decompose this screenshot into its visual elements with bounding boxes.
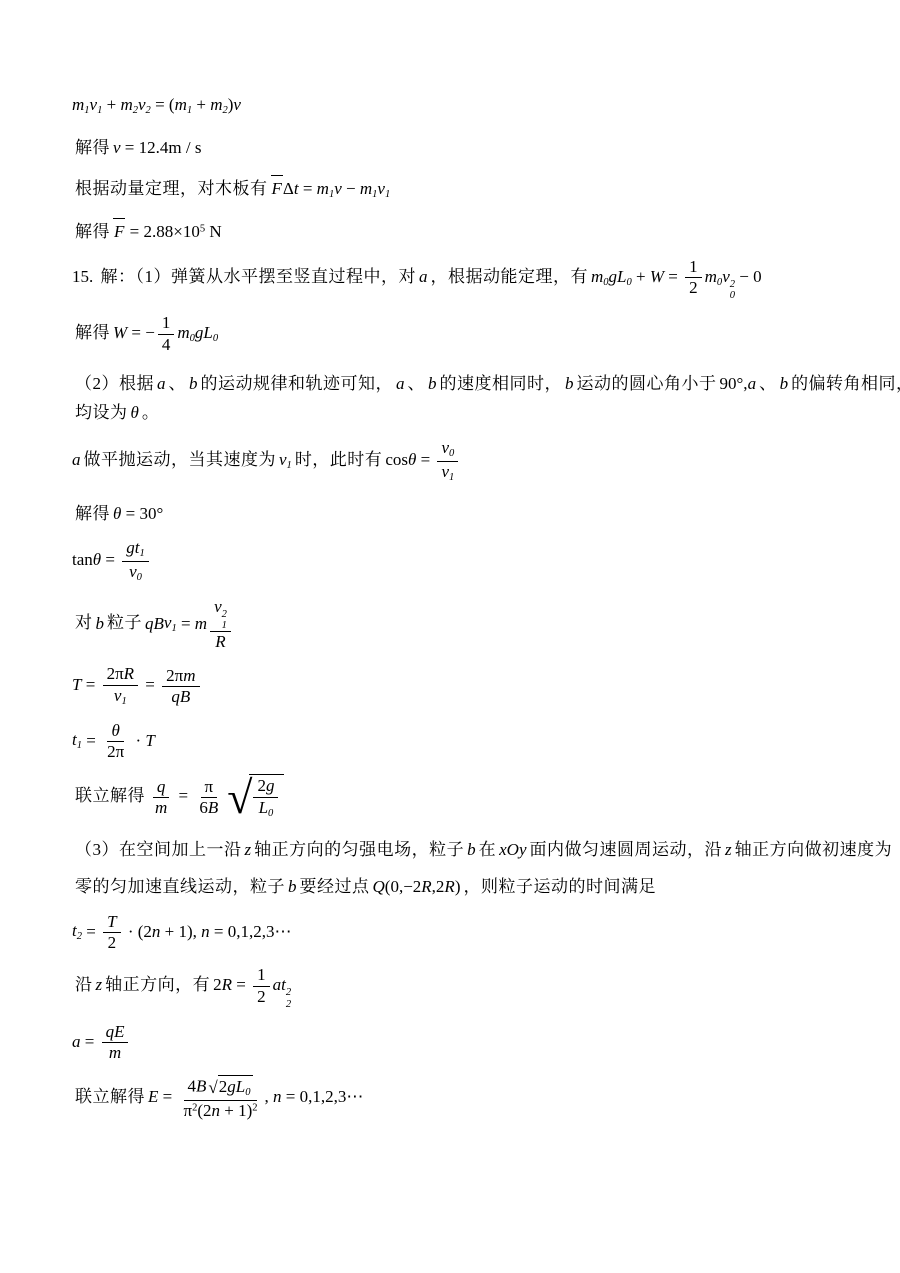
document-content: m1v1 + m2v2 = (m1 + m2)v解得v = 12.4m / s根… bbox=[72, 92, 860, 1122]
chinese-text: 轴正方向做初速度为 bbox=[735, 840, 893, 859]
fraction: qm bbox=[151, 777, 171, 819]
math-text: ,2 bbox=[432, 877, 445, 896]
solve-work: 解得W = −14m0gL0 bbox=[72, 313, 860, 355]
math-text: a bbox=[157, 374, 166, 393]
math-text: n bbox=[201, 921, 210, 940]
math-text: b bbox=[288, 877, 297, 896]
math-text: v2 bbox=[138, 95, 151, 114]
math-text: = bbox=[101, 550, 119, 569]
math-text: v20 bbox=[722, 267, 735, 286]
chinese-text: 解：（1）弹簧从水平摆至竖直过程中，对 bbox=[101, 267, 417, 286]
math-text: v21 bbox=[214, 597, 227, 616]
math-text: T bbox=[107, 912, 116, 931]
chinese-text: 运动的圆心角小于 bbox=[577, 374, 717, 393]
math-text: t22 bbox=[281, 975, 291, 994]
math-text: q bbox=[145, 613, 154, 632]
math-text: 90°, bbox=[720, 374, 748, 393]
math-text: v bbox=[113, 138, 121, 157]
chinese-text: 做平抛运动，当其速度为 bbox=[84, 450, 277, 469]
math-text: b bbox=[780, 374, 789, 393]
math-text: θ bbox=[111, 721, 119, 740]
math-text: z bbox=[96, 975, 103, 994]
math-text: 2 bbox=[257, 776, 266, 795]
math-text: xOy bbox=[499, 840, 526, 859]
math-text: 6 bbox=[199, 798, 208, 817]
math-text: q bbox=[157, 777, 166, 796]
projectile-cos-equation: a做平抛运动，当其速度为v1时，此时有cosθ = v0v1 bbox=[72, 438, 860, 485]
math-text: L0 bbox=[203, 323, 218, 342]
math-text: 4 bbox=[188, 1077, 197, 1096]
math-text: B bbox=[196, 1077, 206, 1096]
math-text: = ( bbox=[151, 95, 175, 114]
fraction: 2πRv1 bbox=[103, 664, 138, 708]
math-text: T bbox=[145, 730, 154, 749]
math-text: b bbox=[565, 374, 574, 393]
fraction: v21R bbox=[210, 597, 231, 653]
math-text: m2 bbox=[210, 95, 228, 114]
q15-part3-setup: （3）在空间加上一沿z轴正方向的匀强电场，粒子b在xOy面内做匀速圆周运动，沿z… bbox=[72, 837, 860, 863]
q15-part2-analysis: （2）根据a、b的运动规律和轨迹可知，a、b的速度相同时，b运动的圆心角小于90… bbox=[72, 371, 860, 397]
chinese-text: （3）在空间加上一沿 bbox=[75, 840, 242, 859]
math-text: R bbox=[215, 632, 225, 651]
chinese-text: 均设为 bbox=[75, 403, 128, 422]
math-text: g bbox=[126, 538, 135, 557]
math-text: = bbox=[299, 179, 317, 198]
math-text: B bbox=[208, 798, 218, 817]
math-text: Δ bbox=[283, 179, 294, 198]
math-text: z bbox=[245, 840, 252, 859]
math-text: m1 bbox=[317, 179, 335, 198]
chinese-text: 联立解得 bbox=[75, 786, 145, 805]
fraction: v0v1 bbox=[437, 438, 458, 485]
math-text: , bbox=[265, 1087, 274, 1106]
math-text: v1 bbox=[90, 95, 103, 114]
math-text: q bbox=[171, 687, 180, 706]
math-text: θ bbox=[131, 403, 139, 422]
chinese-text: （2）根据 bbox=[75, 374, 154, 393]
math-text: = bbox=[416, 450, 434, 469]
chinese-text: 的运动规律和轨迹可知， bbox=[201, 374, 394, 393]
math-text: − 0 bbox=[735, 267, 762, 286]
math-text: W bbox=[650, 267, 664, 286]
fraction: 12 bbox=[685, 257, 702, 299]
math-text: 4 bbox=[162, 335, 171, 354]
math-text: v1 bbox=[279, 450, 292, 469]
math-text: F bbox=[271, 179, 283, 198]
math-text: m0 bbox=[591, 267, 609, 286]
math-text: t2 bbox=[72, 921, 82, 940]
math-text: L0 bbox=[617, 267, 632, 286]
math-text: a bbox=[419, 267, 428, 286]
chinese-text: ，则粒子运动的时间满足 bbox=[463, 877, 656, 896]
math-text: b bbox=[467, 840, 476, 859]
math-text: m2 bbox=[120, 95, 138, 114]
solve-average-force: 解得F = 2.88×105 N bbox=[72, 219, 860, 245]
math-text: 2π bbox=[166, 666, 183, 685]
math-text: b bbox=[96, 613, 105, 632]
fraction: qEm bbox=[102, 1022, 129, 1064]
math-text: L0 bbox=[236, 1077, 251, 1096]
math-text: v1 bbox=[441, 462, 454, 481]
math-text: = 12.4m / s bbox=[121, 138, 202, 157]
math-text: R bbox=[124, 664, 134, 683]
math-text: (2 bbox=[197, 1101, 211, 1120]
time-t2-equation: t2 = T2 · (2n + 1), n = 0,1,2,3⋯ bbox=[72, 912, 860, 954]
math-text: = 30° bbox=[121, 504, 163, 523]
math-text: R bbox=[444, 877, 454, 896]
q15-part1-work-energy: 15. 解：（1）弹簧从水平摆至竖直过程中，对a，根据动能定理，有m0gL0 +… bbox=[72, 257, 860, 301]
math-text: m0 bbox=[177, 323, 195, 342]
math-text: g bbox=[609, 267, 618, 286]
math-text: 2 bbox=[219, 1077, 228, 1096]
math-text: = 0,1,2,3⋯ bbox=[282, 1087, 364, 1106]
fraction: gt1v0 bbox=[122, 538, 149, 585]
math-text: = bbox=[82, 921, 100, 940]
math-text: + 1), bbox=[160, 921, 201, 940]
math-text: L0 bbox=[259, 798, 274, 817]
math-text: = bbox=[177, 613, 195, 632]
math-text: 1 bbox=[162, 313, 171, 332]
math-text: ) bbox=[455, 877, 461, 896]
math-text: E bbox=[114, 1022, 124, 1041]
math-text: = 0,1,2,3⋯ bbox=[210, 921, 292, 940]
math-text: = 2.88×105 bbox=[125, 222, 205, 241]
math-text: m1 bbox=[360, 179, 378, 198]
math-text: g bbox=[266, 776, 275, 795]
math-text: b bbox=[428, 374, 437, 393]
math-text: a bbox=[72, 1031, 81, 1050]
math-text: = bbox=[664, 267, 682, 286]
math-text: z bbox=[725, 840, 732, 859]
fraction: 14 bbox=[158, 313, 175, 355]
tan-theta-equation: tanθ = gt1v0 bbox=[72, 538, 860, 585]
fraction: 12 bbox=[253, 965, 270, 1007]
math-text: v1 bbox=[377, 179, 390, 198]
chinese-text: 粒子 bbox=[107, 613, 142, 632]
chinese-text: ，根据动能定理，有 bbox=[431, 267, 589, 286]
chinese-text: 解得 bbox=[75, 222, 110, 241]
chinese-text: 的偏转角相同， bbox=[791, 374, 900, 393]
math-text: m1 bbox=[175, 95, 193, 114]
math-text: tan bbox=[72, 550, 93, 569]
acceleration-equation: a = qEm bbox=[72, 1022, 860, 1064]
math-text: = bbox=[158, 1087, 176, 1106]
square-root: √2gL0 bbox=[227, 774, 284, 820]
math-text: F bbox=[113, 222, 125, 241]
math-text: π bbox=[205, 777, 214, 796]
chinese-text: 解得 bbox=[75, 138, 110, 157]
fraction: 4B√2gL0π2(2n + 1)2 bbox=[179, 1075, 261, 1121]
math-text: + 1)2 bbox=[220, 1101, 258, 1120]
math-text: 2π bbox=[107, 664, 124, 683]
math-text: + bbox=[192, 95, 210, 114]
solve-charge-mass-ratio: 联立解得qm = π6B√2gL0 bbox=[72, 774, 860, 820]
math-text: θ bbox=[93, 550, 101, 569]
math-text: (0,−2 bbox=[385, 877, 422, 896]
math-text: v1 bbox=[114, 686, 127, 705]
z-axis-displacement-equation: 沿z轴正方向，有2R = 12at22 bbox=[72, 965, 860, 1009]
part3-setup-cont: 零的匀加速直线运动，粒子b要经过点Q(0,−2R,2R)，则粒子运动的时间满足 bbox=[72, 874, 860, 900]
math-text: π2 bbox=[183, 1101, 197, 1120]
math-text: = bbox=[81, 675, 99, 694]
math-text: 1 bbox=[689, 257, 698, 276]
math-text: + bbox=[632, 267, 650, 286]
math-text: = bbox=[141, 675, 159, 694]
chinese-text: 对 bbox=[75, 613, 93, 632]
chinese-text: 、 bbox=[408, 374, 426, 393]
math-text: 2 bbox=[108, 933, 117, 952]
chinese-text: 根据动量定理，对木板有 bbox=[75, 179, 268, 198]
chinese-text: 解得 bbox=[75, 504, 110, 523]
chinese-text: 在 bbox=[479, 840, 497, 859]
math-text: m0 bbox=[705, 267, 723, 286]
chinese-text: 、 bbox=[759, 374, 777, 393]
math-text: 2 bbox=[689, 278, 698, 297]
math-text: = bbox=[232, 975, 250, 994]
math-text: · bbox=[131, 730, 145, 749]
chinese-text: 、 bbox=[169, 374, 187, 393]
document-page: m1v1 + m2v2 = (m1 + m2)v解得v = 12.4m / s根… bbox=[0, 0, 900, 1273]
math-text: m bbox=[155, 798, 167, 817]
solve-velocity: 解得v = 12.4m / s bbox=[72, 135, 860, 161]
time-t1-equation: t1 = θ2π · T bbox=[72, 721, 860, 763]
chinese-text: 的速度相同时， bbox=[440, 374, 563, 393]
fraction: 2πmqB bbox=[162, 666, 199, 708]
math-text: Q bbox=[373, 877, 385, 896]
math-text: a bbox=[748, 374, 757, 393]
math-text: v0 bbox=[129, 562, 142, 581]
math-text: B bbox=[180, 687, 190, 706]
chinese-text: 零的匀加速直线运动，粒子 bbox=[75, 877, 285, 896]
chinese-text: 。 bbox=[142, 403, 160, 422]
math-text: 2 bbox=[257, 987, 266, 1006]
part2-analysis-cont: 均设为θ。 bbox=[72, 400, 860, 426]
math-text: v1 bbox=[164, 613, 177, 632]
math-text: = bbox=[81, 1031, 99, 1050]
math-text: b bbox=[189, 374, 198, 393]
math-text: t1 bbox=[72, 730, 82, 749]
radical-symbol: √ bbox=[208, 1079, 217, 1096]
chinese-text: 时，此时有 bbox=[295, 450, 383, 469]
chinese-text: 要经过点 bbox=[300, 877, 370, 896]
fraction: θ2π bbox=[103, 721, 128, 763]
chinese-text: 轴正方向的匀强电场，粒子 bbox=[254, 840, 464, 859]
fraction: T2 bbox=[103, 912, 120, 954]
solve-electric-field: 联立解得E = 4B√2gL0π2(2n + 1)2, n = 0,1,2,3⋯ bbox=[72, 1075, 860, 1121]
math-text: R bbox=[421, 877, 431, 896]
math-text: = bbox=[82, 730, 100, 749]
math-text: = bbox=[174, 786, 192, 805]
math-text: a bbox=[72, 450, 81, 469]
particle-b-circular-equation: 对b粒子qBv1 = mv21R bbox=[72, 597, 860, 653]
solve-theta: 解得θ = 30° bbox=[72, 501, 860, 527]
square-root: √2gL0 bbox=[208, 1075, 253, 1100]
math-text: g bbox=[227, 1077, 236, 1096]
math-text: · (2 bbox=[124, 921, 152, 940]
math-text: E bbox=[148, 1087, 158, 1106]
math-text: n bbox=[212, 1101, 221, 1120]
math-text: t1 bbox=[135, 538, 145, 557]
math-text: 2 bbox=[213, 975, 222, 994]
math-text: R bbox=[222, 975, 232, 994]
math-text: v0 bbox=[441, 438, 454, 457]
chinese-text: 沿 bbox=[75, 975, 93, 994]
math-text: a bbox=[273, 975, 282, 994]
math-text: m bbox=[183, 666, 195, 685]
math-text: B bbox=[154, 613, 164, 632]
impulse-theorem: 根据动量定理，对木板有FΔt = m1v − m1v1 bbox=[72, 176, 860, 203]
math-text: cos bbox=[385, 450, 408, 469]
math-text: 2π bbox=[107, 742, 124, 761]
math-text: v bbox=[233, 95, 241, 114]
math-text: v bbox=[334, 179, 342, 198]
math-text: 1 bbox=[257, 965, 266, 984]
fraction: 2gL0 bbox=[253, 776, 278, 820]
math-text: n bbox=[273, 1087, 282, 1106]
math-text: m bbox=[195, 613, 207, 632]
math-text: m bbox=[109, 1043, 121, 1062]
math-text: m1 bbox=[72, 95, 90, 114]
chinese-text: 面内做匀速圆周运动，沿 bbox=[530, 840, 723, 859]
math-text: q bbox=[106, 1022, 115, 1041]
fraction: π6B bbox=[195, 777, 222, 819]
period-equation: T = 2πRv1 = 2πmqB bbox=[72, 664, 860, 708]
math-text: a bbox=[396, 374, 405, 393]
math-text: = − bbox=[127, 323, 155, 342]
momentum-conservation-equation: m1v1 + m2v2 = (m1 + m2)v bbox=[72, 92, 860, 119]
math-text: − bbox=[342, 179, 360, 198]
chinese-text: 轴正方向，有 bbox=[105, 975, 210, 994]
math-text: 15. bbox=[72, 267, 98, 286]
math-text: + bbox=[102, 95, 120, 114]
chinese-text: 联立解得 bbox=[75, 1087, 145, 1106]
math-text: W bbox=[113, 323, 127, 342]
math-text: N bbox=[205, 222, 222, 241]
chinese-text: 解得 bbox=[75, 323, 110, 342]
